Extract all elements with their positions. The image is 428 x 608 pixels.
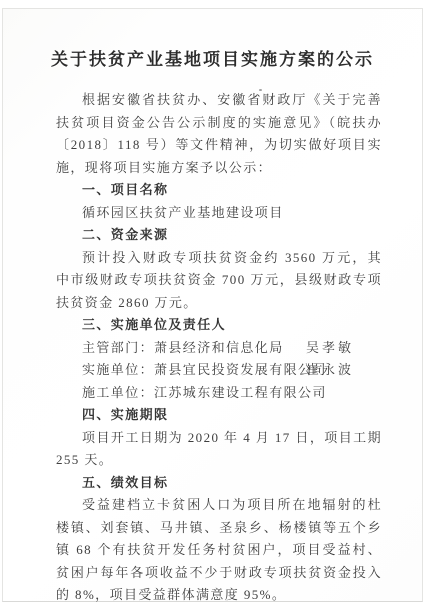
performance-goals-text: 受益建档立卡贫困人口为项目所在地辐射的杜楼镇、刘套镇、马井镇、圣泉乡、杨楼镇等五… [56,494,382,607]
document-title: 关于扶贫产业基地项目实施方案的公示 [3,9,422,70]
responsible-row-constructor: 施工单位：江苏城东建设工程有限公司 [56,382,382,405]
document-page: 关于扶贫产业基地项目实施方案的公示 根据安徽省扶贫办、安徽省财政厅《关于完善扶贫… [2,8,423,602]
responsible-row-text: 实施单位：萧县宜民投资发展有限公司 [82,362,327,377]
intro-paragraph: 根据安徽省扶贫办、安徽省财政厅《关于完善扶贫项目资金公告公示制度的实施意见》（皖… [56,89,382,179]
project-name-text: 循环园区扶贫产业基地建设项目 [56,202,382,225]
responsible-person-name: 崔永波 [306,359,354,382]
implementation-period-text: 项目开工日期为 2020 年 4 月 17 日，项目工期 255 天。 [56,427,382,472]
section-heading-performance-goals: 五、绩效目标 [56,472,382,495]
section-heading-implementing-units: 三、实施单位及责任人 [56,314,382,337]
responsible-person-name: 吴孝敏 [306,337,354,360]
responsible-row-supervisor: 主管部门：萧县经济和信息化局 吴孝敏 [56,337,382,360]
funding-source-text: 预计投入财政专项扶贫资金约 3560 万元，其中市级财政专项扶贫资金 700 万… [56,247,382,315]
section-heading-implementation-period: 四、实施期限 [56,404,382,427]
section-heading-project-name: 一、项目名称 [56,179,382,202]
responsible-row-implementer: 实施单位：萧县宜民投资发展有限公司 崔永波 [56,359,382,382]
document-body: 根据安徽省扶贫办、安徽省财政厅《关于完善扶贫项目资金公告公示制度的实施意见》（皖… [3,89,422,607]
responsible-row-text: 主管部门：萧县经济和信息化局 [82,340,284,355]
responsible-row-text: 施工单位：江苏城东建设工程有限公司 [82,385,327,400]
section-heading-funding-source: 二、资金来源 [56,224,382,247]
